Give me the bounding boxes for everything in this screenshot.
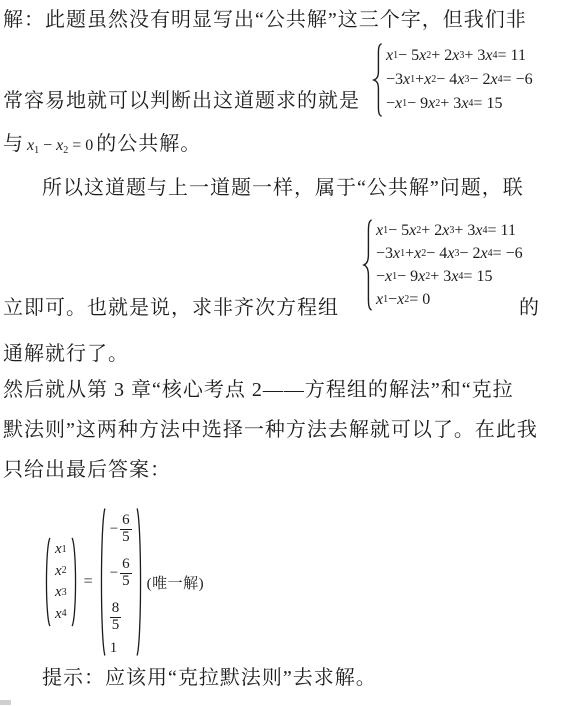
para2-line2-suffix: 的 xyxy=(519,296,540,321)
value-column: −65 −65 85 1 xyxy=(106,507,136,657)
equals-sign: = xyxy=(84,573,93,591)
solution-equation: x1 x2 x3 x4 = −65 −65 85 1 (唯一解 xyxy=(43,506,204,658)
page-corner-artifact xyxy=(0,700,11,705)
right-paren-icon xyxy=(136,507,144,657)
left-paren-icon xyxy=(98,507,106,657)
equation-2: −3x1 + x2 − 4x3 − 2x4 = −6 xyxy=(376,242,523,265)
inline-equation: x1 − x2 = 0 xyxy=(27,137,93,154)
right-paren-icon xyxy=(71,537,79,627)
equation-4: x1 − x2 = 0 xyxy=(376,288,523,311)
value-vector: −65 −65 85 1 xyxy=(98,507,144,657)
equation-column: x1 − 5x2 + 2x3 + 3x4 = 11 −3x1 + x2 − 4x… xyxy=(386,44,533,116)
para4-line1: 提示：应该用“克拉默法则”去求解。 xyxy=(42,666,377,691)
equation-column: x1 − 5x2 + 2x3 + 3x4 = 11 −3x1 + x2 − 4x… xyxy=(376,219,523,311)
document-page: 解：此题虽然没有明显写出“公共解”这三个字，但我们非 x1 − 5x2 + 2x… xyxy=(0,0,562,706)
variable-column: x1 x2 x3 x4 xyxy=(51,539,71,625)
para1-line2: 常容易地就可以判断出这道题求的就是 xyxy=(3,89,360,114)
para2-line3: 通解就行了。 xyxy=(3,342,129,367)
para1-line1: 解：此题虽然没有明显写出“公共解”这三个字，但我们非 xyxy=(3,8,527,33)
equation-1: x1 − 5x2 + 2x3 + 3x4 = 11 xyxy=(376,219,523,242)
uniqueness-note: (唯一解) xyxy=(147,572,205,593)
left-curly-brace-icon xyxy=(372,43,383,117)
left-curly-brace-icon xyxy=(362,219,373,311)
para2-line2: 立即可。也就是说，求非齐次方程组 xyxy=(3,296,339,321)
vector-entry: x4 xyxy=(55,604,67,626)
vector-entry: 1 xyxy=(110,639,118,657)
left-paren-icon xyxy=(43,537,51,627)
equation-1: x1 − 5x2 + 2x3 + 3x4 = 11 xyxy=(386,44,533,68)
para3-line2: 默法则”这两种方法中选择一种方法去解就可以了。在此我 xyxy=(3,418,538,443)
vector-entry: x1 xyxy=(55,539,67,561)
para1-line3-suffix: 的公共解。 xyxy=(96,133,201,155)
vector-entry: x2 xyxy=(55,561,67,583)
vector-entry: −65 xyxy=(110,551,132,595)
equation-system-1: x1 − 5x2 + 2x3 + 3x4 = 11 −3x1 + x2 − 4x… xyxy=(372,43,533,117)
equation-3: −x1 − 9x2 + 3x4 = 15 xyxy=(386,92,533,116)
vector-entry: 85 xyxy=(110,595,122,639)
para3-line3: 只给出最后答案： xyxy=(3,458,171,483)
equation-2: −3x1 + x2 − 4x3 − 2x4 = −6 xyxy=(386,68,533,92)
vector-entry: x3 xyxy=(55,582,67,604)
para1-line3: 与x1 − x2 = 0的公共解。 xyxy=(3,132,201,158)
equation-3: −x1 − 9x2 + 3x4 = 15 xyxy=(376,265,523,288)
equation-system-2: x1 − 5x2 + 2x3 + 3x4 = 11 −3x1 + x2 − 4x… xyxy=(362,219,523,311)
para1-line3-prefix: 与 xyxy=(3,133,24,155)
para3-line1: 然后就从第 3 章“核心考点 2——方程组的解法”和“克拉 xyxy=(3,378,514,403)
vector-entry: −65 xyxy=(110,507,132,551)
para2-line1: 所以这道题与上一道题一样，属于“公共解”问题，联 xyxy=(42,176,524,201)
variable-vector: x1 x2 x3 x4 xyxy=(43,537,79,627)
